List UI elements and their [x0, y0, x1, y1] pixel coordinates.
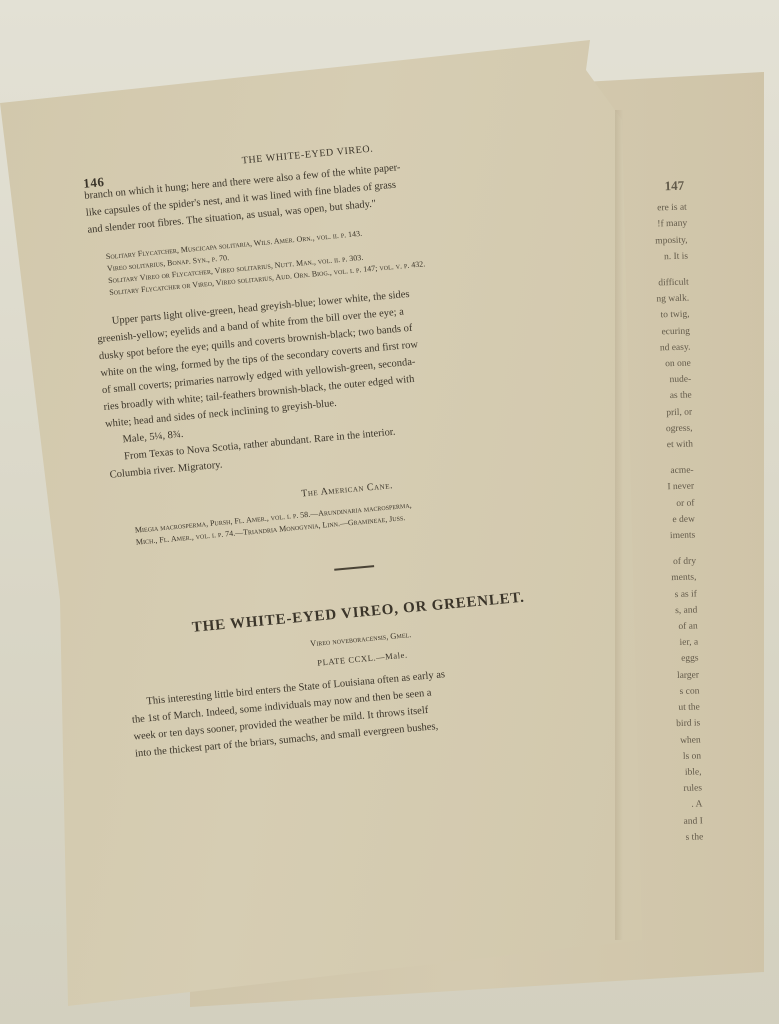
front-page-text: 146 THE WHITE-EYED VIREO. branch on whic…	[82, 127, 604, 762]
page-number-146: 146	[83, 174, 106, 192]
section-divider	[334, 565, 374, 571]
description-block: Upper parts light olive-green, head grey…	[95, 272, 578, 484]
page-edge-shadow	[615, 110, 623, 940]
